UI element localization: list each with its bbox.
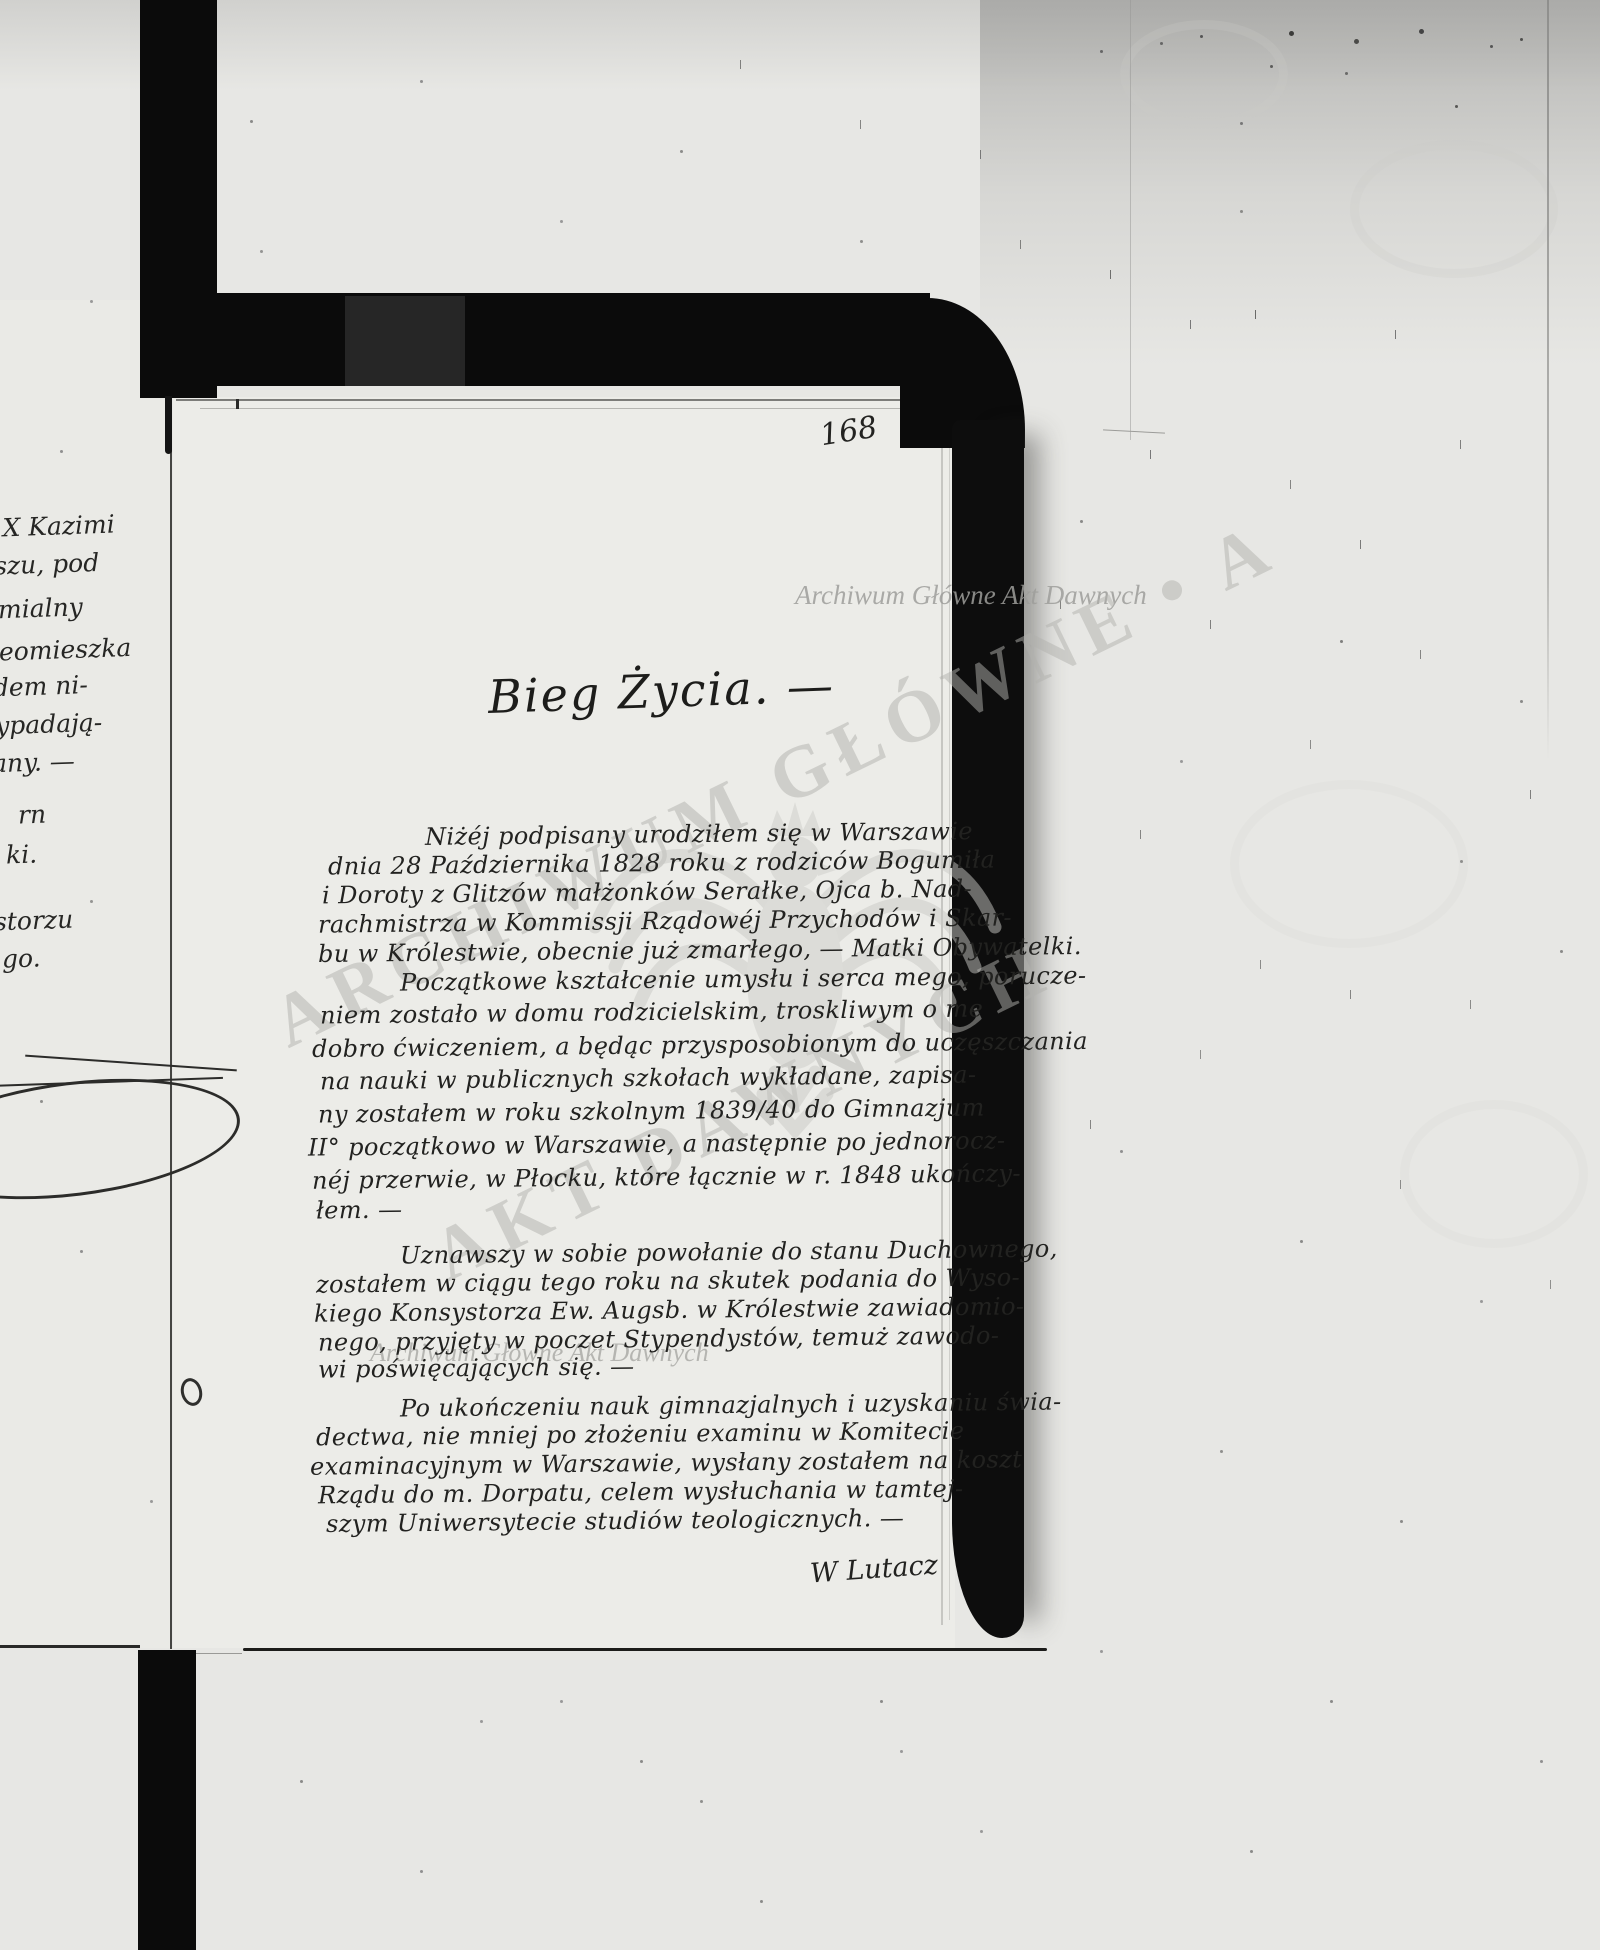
margin-text-fragment: éj X Kazimi [0, 510, 115, 544]
film-marbling [1120, 20, 1288, 128]
margin-text-fragment: tany. — [0, 746, 75, 778]
margin-text-fragment: rmialny [0, 592, 83, 624]
margin-text-fragment: storzu [0, 905, 74, 937]
archival-document-scan: Archiwum Główne Akt Dawnych Archiwum Głó… [0, 0, 1600, 1950]
film-marbling [1350, 140, 1558, 278]
page-top-edge-line [200, 408, 950, 409]
margin-text-fragment: ki. [6, 839, 38, 869]
film-scratch-dashes [0, 0, 1, 9]
manuscript-line: łem. — [316, 1196, 403, 1225]
page-bottom-edge-line [0, 1645, 140, 1648]
page-bottom-edge-line [243, 1648, 1047, 1651]
film-mask-band-left-bottom [138, 1650, 196, 1950]
page-bottom-edge-line [196, 1653, 242, 1654]
margin-text-fragment: rn [18, 800, 47, 830]
film-mask-band-top-light-patch [345, 296, 465, 386]
film-edge-line [1547, 0, 1549, 760]
margin-text-fragment: yszu, pod [0, 548, 100, 581]
ink-tick-mark [236, 399, 239, 409]
film-mask-drip [165, 396, 172, 454]
film-marbling [1400, 1100, 1588, 1248]
margin-text-fragment: rzypadają- [0, 708, 103, 742]
film-mask-band-top [140, 293, 930, 386]
manuscript-line: wi poświęcających się. — [318, 1352, 635, 1383]
film-scratch-line [1130, 0, 1131, 440]
film-scratch [1103, 429, 1165, 433]
film-marbling [1230, 780, 1468, 948]
page-top-edge-line [176, 399, 956, 401]
page-left-edge-line [170, 398, 172, 1649]
margin-text-fragment: go. [2, 943, 42, 973]
margin-text-fragment: ędem ni- [0, 670, 88, 703]
facing-page-strip [0, 300, 171, 1648]
